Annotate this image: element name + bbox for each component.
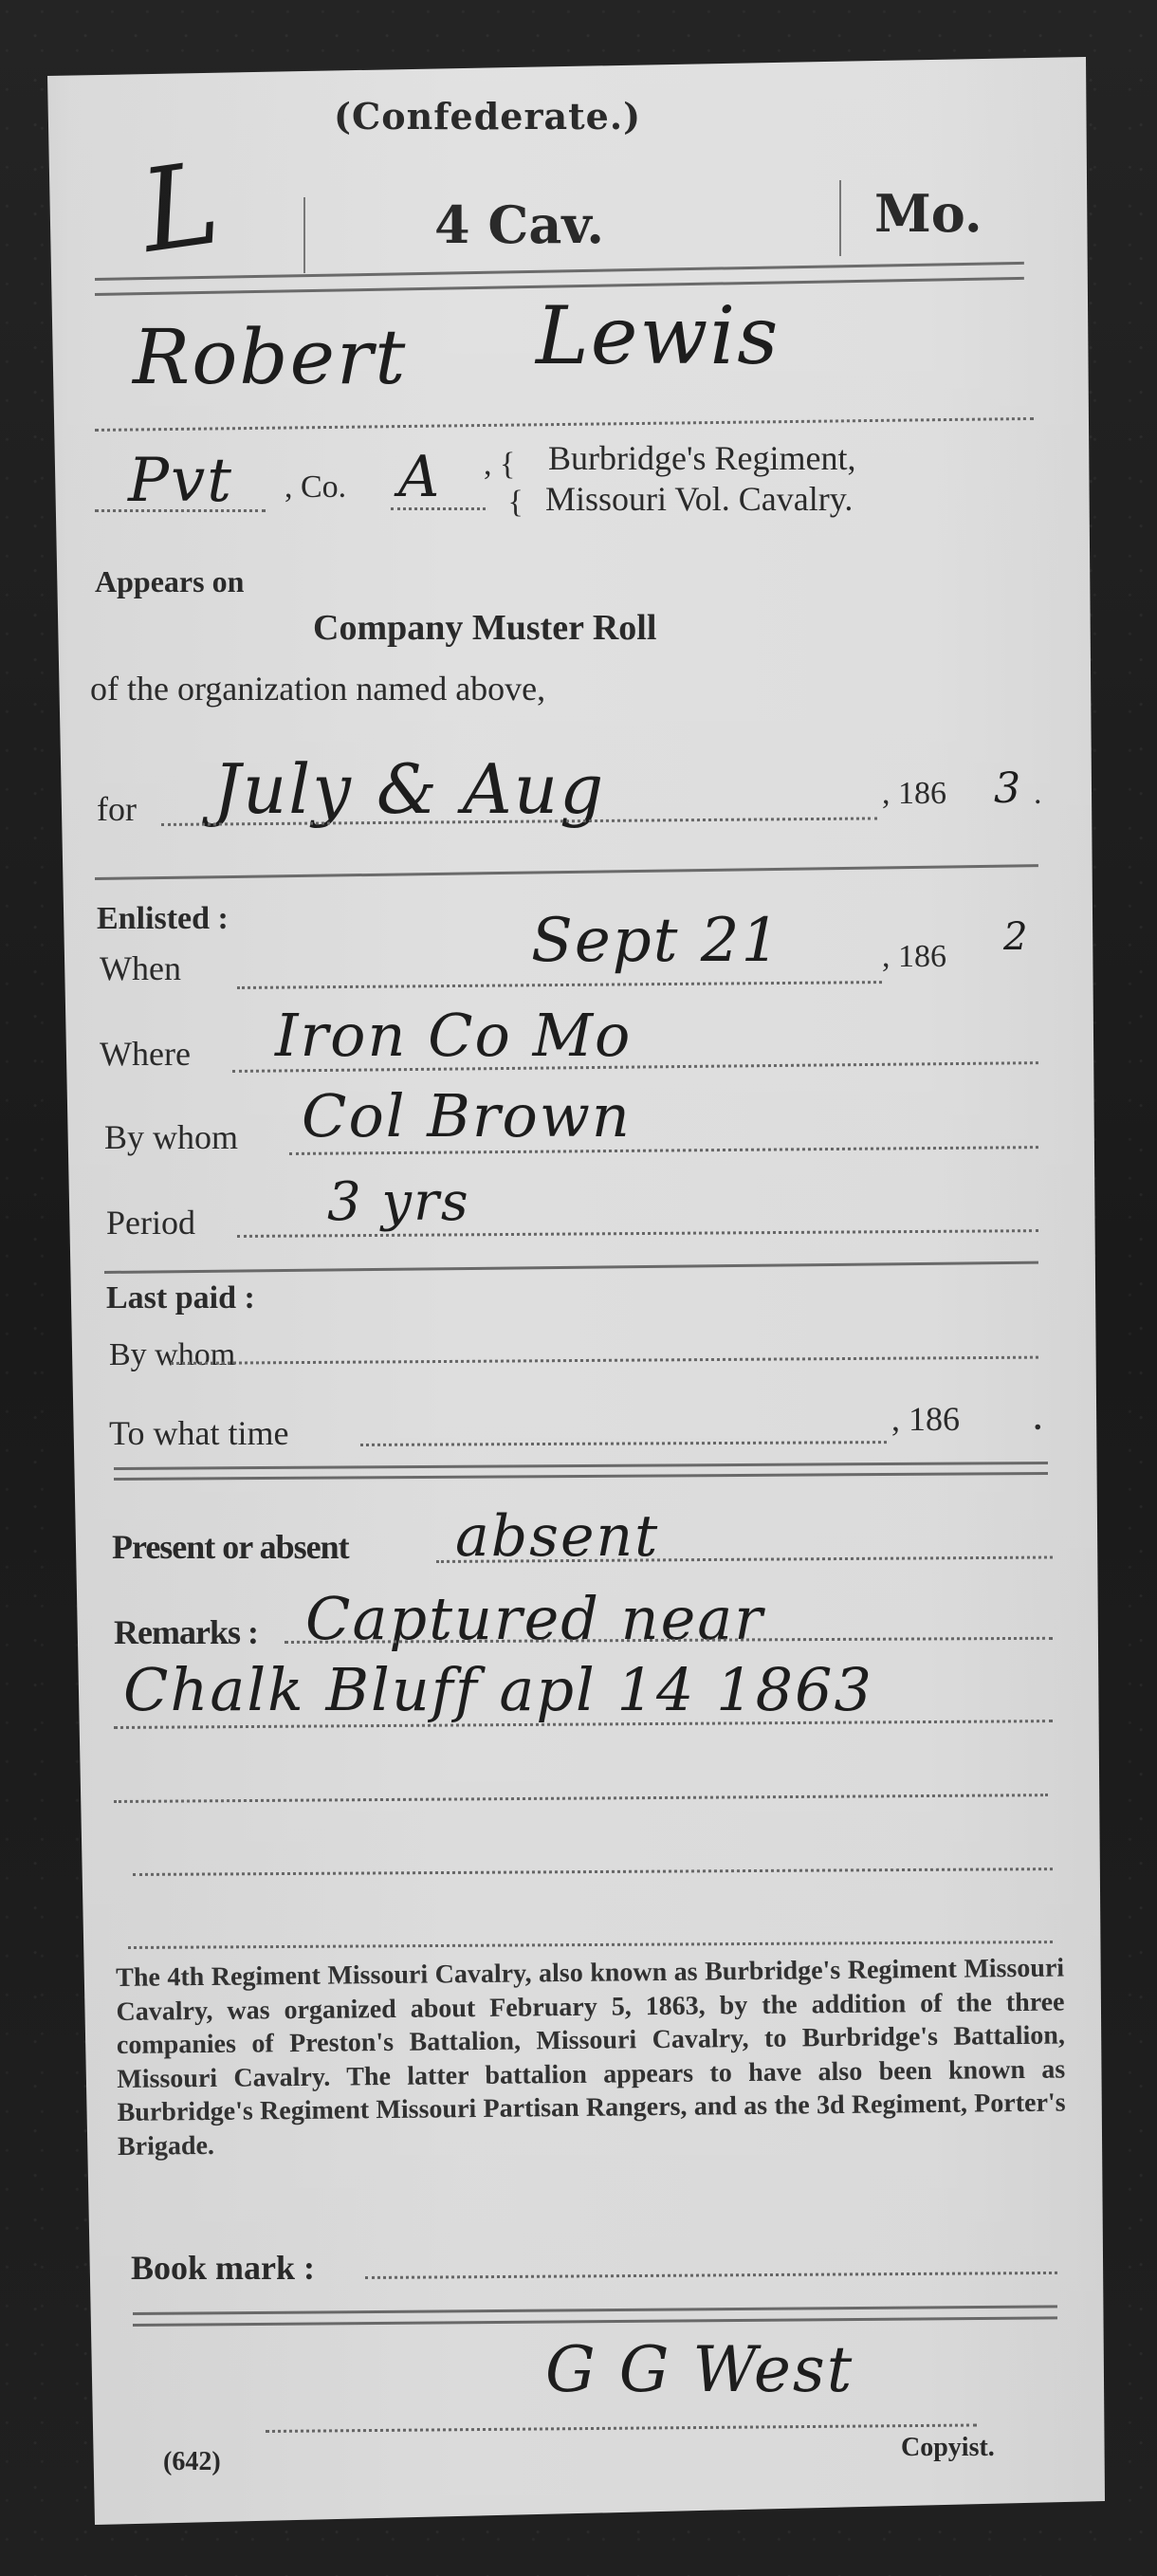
blank-line-3 [128, 1941, 1053, 1949]
company-label: , Co. [285, 469, 346, 506]
paid-period-dot: . [1034, 1402, 1042, 1438]
enlisted-heading: Enlisted : [97, 901, 229, 937]
form-number: (642) [163, 2447, 221, 2477]
company-value: A [398, 444, 441, 510]
section-rule-3b [114, 1472, 1048, 1481]
book-mark-label: Book mark : [131, 2248, 315, 2288]
blank-line-1 [114, 1794, 1048, 1803]
book-mark-line [365, 2272, 1057, 2279]
soldier-first-name: Robert [133, 313, 407, 401]
unit-label: 4 Cav. [434, 194, 604, 255]
section-rule-2 [104, 1261, 1038, 1274]
to-what-time-label: To what time [109, 1413, 288, 1453]
company-comma-brace: , { { [484, 446, 523, 522]
footer-rule-a [133, 2305, 1057, 2315]
header-divider-left [303, 197, 305, 273]
company-line [391, 507, 486, 510]
paid-year-prefix: , 186 [891, 1399, 960, 1439]
header-divider-right [839, 180, 841, 256]
unit-history-note: The 4th Regiment Missouri Cavalry, also … [116, 1952, 1067, 2198]
present-absent-label: Present or absent [112, 1527, 349, 1567]
copyist-signature: G G West [545, 2333, 854, 2406]
compiled-service-record-card: (Confederate.) L 4 Cav. Mo. Robert Lewis… [0, 0, 1157, 2576]
paid-by-whom-label: By whom [109, 1337, 235, 1373]
period-line [237, 1229, 1038, 1238]
when-line [237, 981, 882, 989]
remarks-line-1: Captured near [305, 1584, 764, 1653]
rank-value: Pvt [128, 446, 233, 516]
header-rule-top [95, 262, 1024, 281]
remarks-label: Remarks : [114, 1612, 258, 1652]
paid-by-whom-line [171, 1356, 1038, 1365]
enlistment-date-value: Sept 21 [531, 906, 781, 976]
affiliation-heading: (Confederate.) [334, 95, 641, 138]
period-label: Period [106, 1203, 195, 1242]
enlistment-period-value: 3 yrs [327, 1171, 470, 1233]
muster-year-suffix: 3 [994, 764, 1022, 813]
when-year-suffix: 2 [1003, 915, 1029, 959]
state-label: Mo. [874, 183, 983, 244]
rank-line [95, 509, 266, 512]
remarks-line-2-rule [114, 1720, 1053, 1729]
section-rule-3a [114, 1462, 1048, 1470]
where-line [232, 1061, 1038, 1073]
by-whom-label: By whom [104, 1117, 238, 1157]
last-paid-heading: Last paid : [106, 1280, 255, 1316]
organization-line: of the organization named above, [90, 669, 545, 708]
remarks-line-1-rule [285, 1637, 1053, 1644]
to-what-time-line [360, 1441, 887, 1446]
muster-period-value: July & Aug [213, 749, 605, 829]
regiment-line-2: Missouri Vol. Cavalry. [545, 479, 853, 519]
muster-period-dot: . [1034, 776, 1042, 812]
enlistment-place-value: Iron Co Mo [275, 1001, 632, 1070]
soldier-last-name: Lewis [536, 289, 780, 382]
for-label: for [97, 789, 137, 829]
section-rule-1 [95, 864, 1038, 880]
enlisted-by-value: Col Brown [302, 1081, 632, 1150]
footer-rule-b [133, 2316, 1057, 2327]
where-label: Where [100, 1034, 191, 1074]
roll-type: Company Muster Roll [313, 607, 656, 649]
header-rule-bottom [95, 277, 1024, 296]
when-label: When [100, 948, 181, 988]
name-line [95, 417, 1034, 432]
regiment-line-1: Burbridge's Regiment, [548, 438, 855, 478]
present-absent-line [436, 1555, 1053, 1563]
present-absent-value: absent [455, 1503, 659, 1570]
when-year-prefix: , 186 [882, 939, 946, 975]
copyist-label: Copyist. [901, 2433, 995, 2463]
for-line [161, 817, 877, 826]
muster-year-prefix: , 186 [882, 776, 946, 812]
by-whom-line [289, 1146, 1038, 1155]
appears-on-label: Appears on [95, 564, 244, 599]
remarks-line-2: Chalk Bluff apl 14 1863 [123, 1655, 873, 1724]
blank-line-2 [133, 1868, 1053, 1876]
copyist-line [266, 2423, 977, 2433]
surname-initial: L [134, 138, 227, 279]
